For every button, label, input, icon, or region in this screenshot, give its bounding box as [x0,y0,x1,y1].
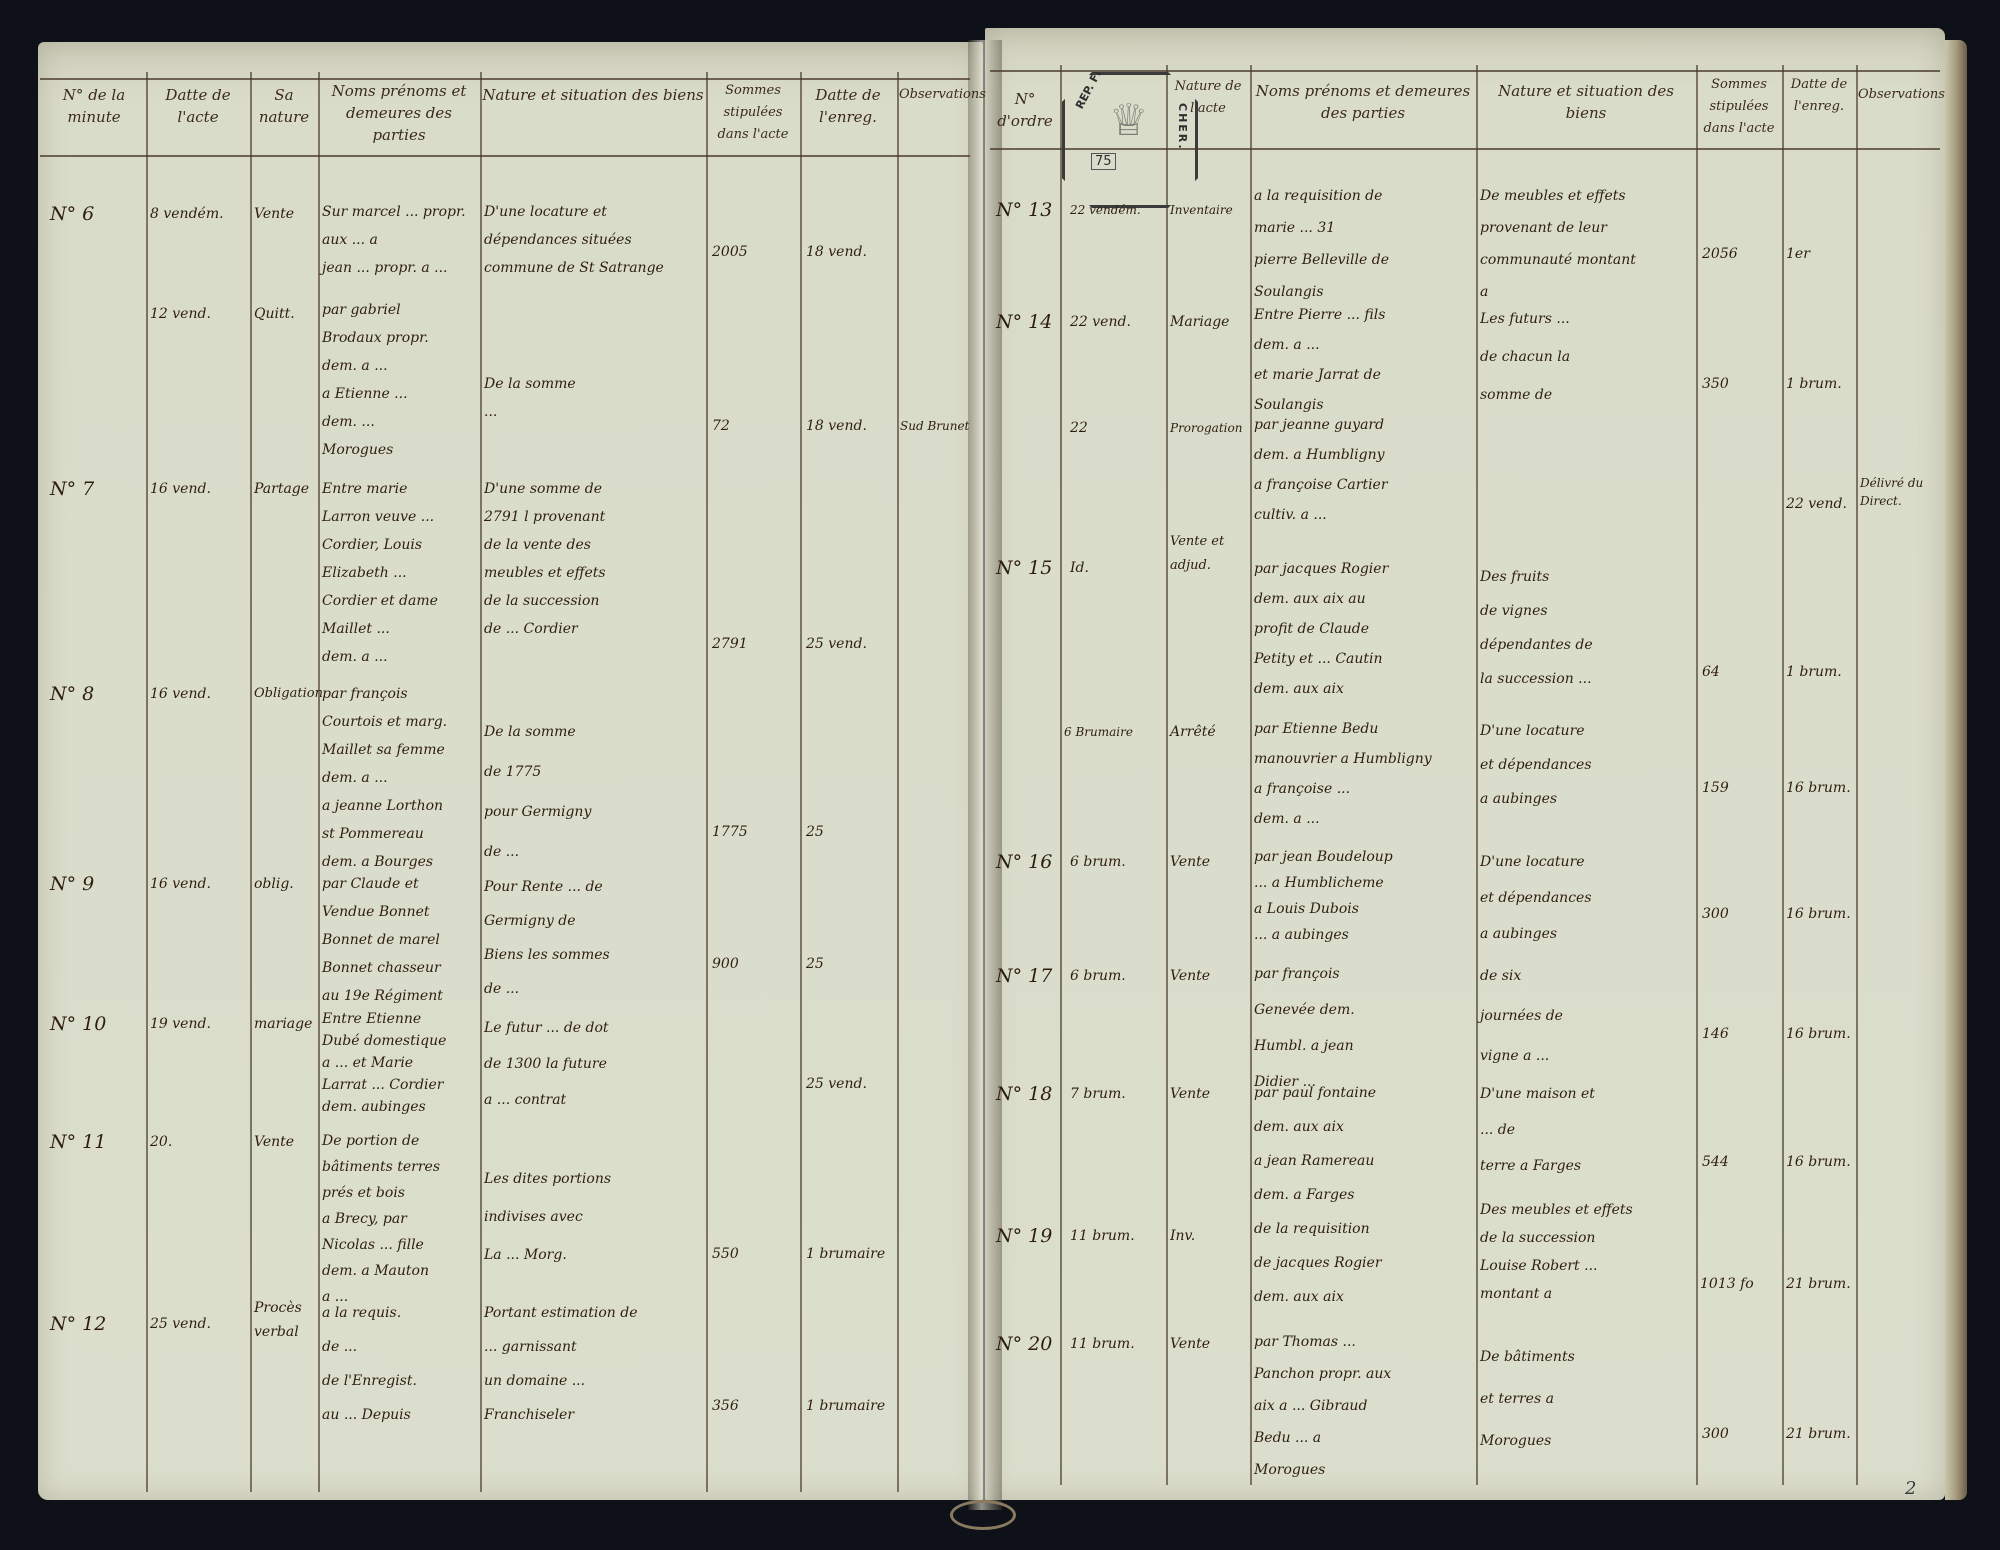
entry-nature: Vente [254,200,294,228]
entry-registration: 25 [806,950,824,978]
entry-nature: Vente [254,1128,294,1156]
header-amount: Sommes stipulées dans l'acte [1698,74,1780,140]
entry-registration: 21 brum. [1786,1270,1851,1298]
entry-date: 22 [1070,414,1088,442]
col-rule [146,72,148,1492]
entry-number: N° 8 [50,680,94,708]
entry-nature: Quitt. [254,300,295,328]
header-registration-date: Datte de l'enreg. [802,84,894,128]
entry-nature: Vente et adjud. [1170,530,1250,578]
entry-parties: Entre Pierre ... fils dem. a ... et mari… [1254,300,1474,420]
entry-property: D'une maison et ... de terre a Farges [1480,1076,1694,1184]
entry-registration: 16 brum. [1786,1148,1851,1176]
entry-date: 19 vend. [150,1010,211,1038]
entry-parties: De portion de bâtiments terres prés et b… [322,1128,478,1310]
entry-nature: Partage [254,475,309,503]
entry-amount: 2791 [712,630,748,658]
entry-nature: Prorogation [1170,414,1242,442]
col-rule [1782,65,1784,1485]
entry-property: de six journées de vigne a ... [1480,956,1694,1076]
entry-nature: Arrêté [1170,718,1216,746]
entry-date: 6 Brumaire [1064,718,1133,746]
entry-parties: a la requis. de ... de l'Enregist. au ..… [322,1296,478,1432]
entry-number: N° 6 [50,200,94,228]
header-registration-date: Datte de l'enreg. [1784,74,1854,118]
entry-amount: 300 [1702,900,1729,928]
entry-date: 11 brum. [1070,1330,1135,1358]
entry-amount: 550 [712,1240,739,1268]
entry-parties: Entre marie Larron veuve ... Cordier, Lo… [322,475,478,671]
entry-amount: 2056 [1702,240,1738,268]
entry-property: Le futur ... de dot de 1300 la future a … [484,1010,704,1118]
entry-registration: 1 brum. [1786,370,1842,398]
col-rule [250,72,252,1492]
header-property: Nature et situation des biens [1478,80,1694,124]
stamp-value: 75 [1091,153,1116,170]
entry-date: 6 brum. [1070,848,1126,876]
entry-registration: 25 vend. [806,1070,867,1098]
entry-number: N° 15 [996,554,1052,582]
entry-parties: par gabriel Brodaux propr. dem. a ... a … [322,296,478,464]
entry-nature: Vente [1170,1330,1210,1358]
entry-amount: 544 [1702,1148,1729,1176]
entry-number: N° 7 [50,475,94,503]
entry-nature: Inventaire [1170,196,1233,224]
entry-registration: 1 brumaire [806,1240,885,1268]
marianne-figure-icon: ♕ [1109,95,1148,146]
entry-registration: 1er [1786,240,1810,268]
col-rule [1060,65,1062,1485]
entry-property: Des meubles et effets de la succession L… [1480,1196,1694,1308]
entry-date: 16 vend. [150,870,211,898]
entry-date: Id. [1070,554,1089,582]
col-rule [800,72,802,1492]
entry-parties: par jean Boudeloup ... a Humblicheme a L… [1254,844,1474,948]
page-edges [1945,40,1967,1500]
entry-property: Les futurs ... de chacun la somme de [1480,300,1694,414]
entry-property: D'une locature et dépendances a aubinges [1480,844,1694,952]
entry-number: N° 14 [996,308,1052,336]
entry-property: Des fruits de vignes dépendantes de la s… [1480,560,1694,696]
header-observations: Observations [1858,84,1942,106]
entry-registration: 18 vend. [806,412,867,440]
book-gutter [968,40,1002,1510]
entry-nature: mariage [254,1010,312,1038]
entry-number: N° 16 [996,848,1052,876]
entry-nature: Vente [1170,962,1210,990]
header-parties: Noms prénoms et demeures des parties [320,80,478,146]
entry-parties: par Etienne Bedu manouvrier a Humbligny … [1254,714,1474,834]
entry-registration: 18 vend. [806,238,867,266]
entry-registration: 25 vend. [806,630,867,658]
col-rule [1476,65,1478,1485]
entry-parties: Entre Etienne Dubé domestique a ... et M… [322,1008,478,1118]
entry-number: N° 11 [50,1128,106,1156]
entry-amount: 1013 fo [1700,1270,1754,1298]
entry-nature: Vente [1170,1080,1210,1108]
entry-parties: par françois Courtois et marg. Maillet s… [322,680,478,876]
entry-nature: Mariage [1170,308,1229,336]
entry-nature: Vente [1170,848,1210,876]
col-rule [318,72,320,1492]
entry-amount: 356 [712,1392,739,1420]
entry-nature: oblig. [254,870,294,898]
entry-number: N° 10 [50,1010,106,1038]
entry-number: N° 9 [50,870,94,898]
entry-date: 22 vendém. [1070,196,1141,224]
entry-registration: 22 vend. [1786,490,1847,518]
entry-registration: 16 brum. [1786,900,1851,928]
entry-number: N° 17 [996,962,1052,990]
entry-registration: 1 brum. [1786,658,1842,686]
entry-registration: 16 brum. [1786,774,1851,802]
entry-observations: Sud Brunet [900,412,969,440]
rule-top [40,78,970,80]
entry-property: D'une locature et dépendances a aubinges [1480,714,1694,816]
entry-amount: 300 [1702,1420,1729,1448]
entry-date: 20. [150,1128,172,1156]
entry-date: 12 vend. [150,300,211,328]
entry-amount: 146 [1702,1020,1729,1048]
entry-date: 16 vend. [150,475,211,503]
header-parties: Noms prénoms et demeures des parties [1252,80,1474,124]
entry-parties: par Claude et Vendue Bonnet Bonnet de ma… [322,870,478,1010]
col-rule [1856,65,1858,1485]
col-rule [1166,65,1168,1485]
entry-observations: Délivré du Direct. [1860,474,1940,510]
entry-property: De la somme de 1775 pour Germigny de ... [484,712,704,872]
entry-parties: par jeanne guyard dem. a Humbligny a fra… [1254,410,1474,530]
entry-property: D'une locature et dépendances situées co… [484,198,704,282]
entry-nature: Inv. [1170,1222,1195,1250]
entry-property: Pour Rente ... de Germigny de Biens les … [484,870,704,1006]
entry-registration: 25 [806,818,824,846]
entry-property: De la somme ... [484,370,704,426]
entry-parties: par paul fontaine dem. aux aix a jean Ra… [1254,1076,1474,1212]
entry-parties: a la requisition de marie ... 31 pierre … [1254,180,1474,308]
header-property: Nature et situation des biens [482,84,704,106]
entry-date: 7 brum. [1070,1080,1126,1108]
header-minute-number: N° de la minute [44,84,144,128]
entry-registration: 1 brumaire [806,1392,885,1420]
entry-number: N° 18 [996,1080,1052,1108]
entry-amount: 159 [1702,774,1729,802]
entry-registration: 16 brum. [1786,1020,1851,1048]
entry-date: 22 vend. [1070,308,1131,336]
entry-parties: Sur marcel ... propr. aux ... a jean ...… [322,198,478,282]
entry-property: De bâtiments et terres a Morogues [1480,1336,1694,1462]
entry-nature: Procès verbal [254,1296,318,1344]
entry-date: 25 vend. [150,1310,211,1338]
col-rule [1250,65,1252,1485]
entry-amount: 1775 [712,818,748,846]
col-rule [706,72,708,1492]
entry-amount: 2005 [712,238,748,266]
entry-amount: 350 [1702,370,1729,398]
entry-parties: par jacques Rogier dem. aux aix au profi… [1254,554,1474,704]
header-order-number: N° d'ordre [992,88,1058,132]
entry-property: D'une somme de 2791 l provenant de la ve… [484,475,704,643]
entry-nature: Obligation [254,680,323,708]
stamp-right-text: CHER. [1176,103,1189,151]
entry-date: 16 vend. [150,680,211,708]
header-nature: Sa nature [252,84,316,128]
entry-property: Portant estimation de ... garnissant un … [484,1296,704,1432]
binding-string [950,1500,1016,1530]
entry-number: N° 12 [50,1310,106,1338]
header-observations: Observations [899,84,969,106]
header-act-date: Datte de l'acte [148,84,248,128]
entry-number: N° 13 [996,196,1052,224]
entry-property: De meubles et effets provenant de leur c… [1480,180,1694,308]
col-rule [480,72,482,1492]
entry-parties: par Thomas ... Panchon propr. aux aix a … [1254,1326,1474,1486]
entry-date: 6 brum. [1070,962,1126,990]
entry-amount: 64 [1702,658,1720,686]
entry-date: 11 brum. [1070,1222,1135,1250]
revenue-stamp: ♕ REP. FRA. CHER. 75 [1062,72,1198,208]
entry-number: N° 19 [996,1222,1052,1250]
header-amount: Sommes stipulées dans l'acte [708,80,798,146]
entry-property: Les dites portions indivises avec La ...… [484,1160,704,1274]
entry-amount: 900 [712,950,739,978]
col-rule [1696,65,1698,1485]
page-number: 2 [1905,1478,1916,1499]
entry-number: N° 20 [996,1330,1052,1358]
entry-parties: de la requisition de jacques Rogier dem.… [1254,1212,1474,1314]
rule-top [990,70,1940,72]
entry-amount: 72 [712,412,730,440]
rule-header [40,155,970,157]
col-rule [897,72,899,1492]
entry-date: 8 vendém. [150,200,224,228]
entry-registration: 21 brum. [1786,1420,1851,1448]
